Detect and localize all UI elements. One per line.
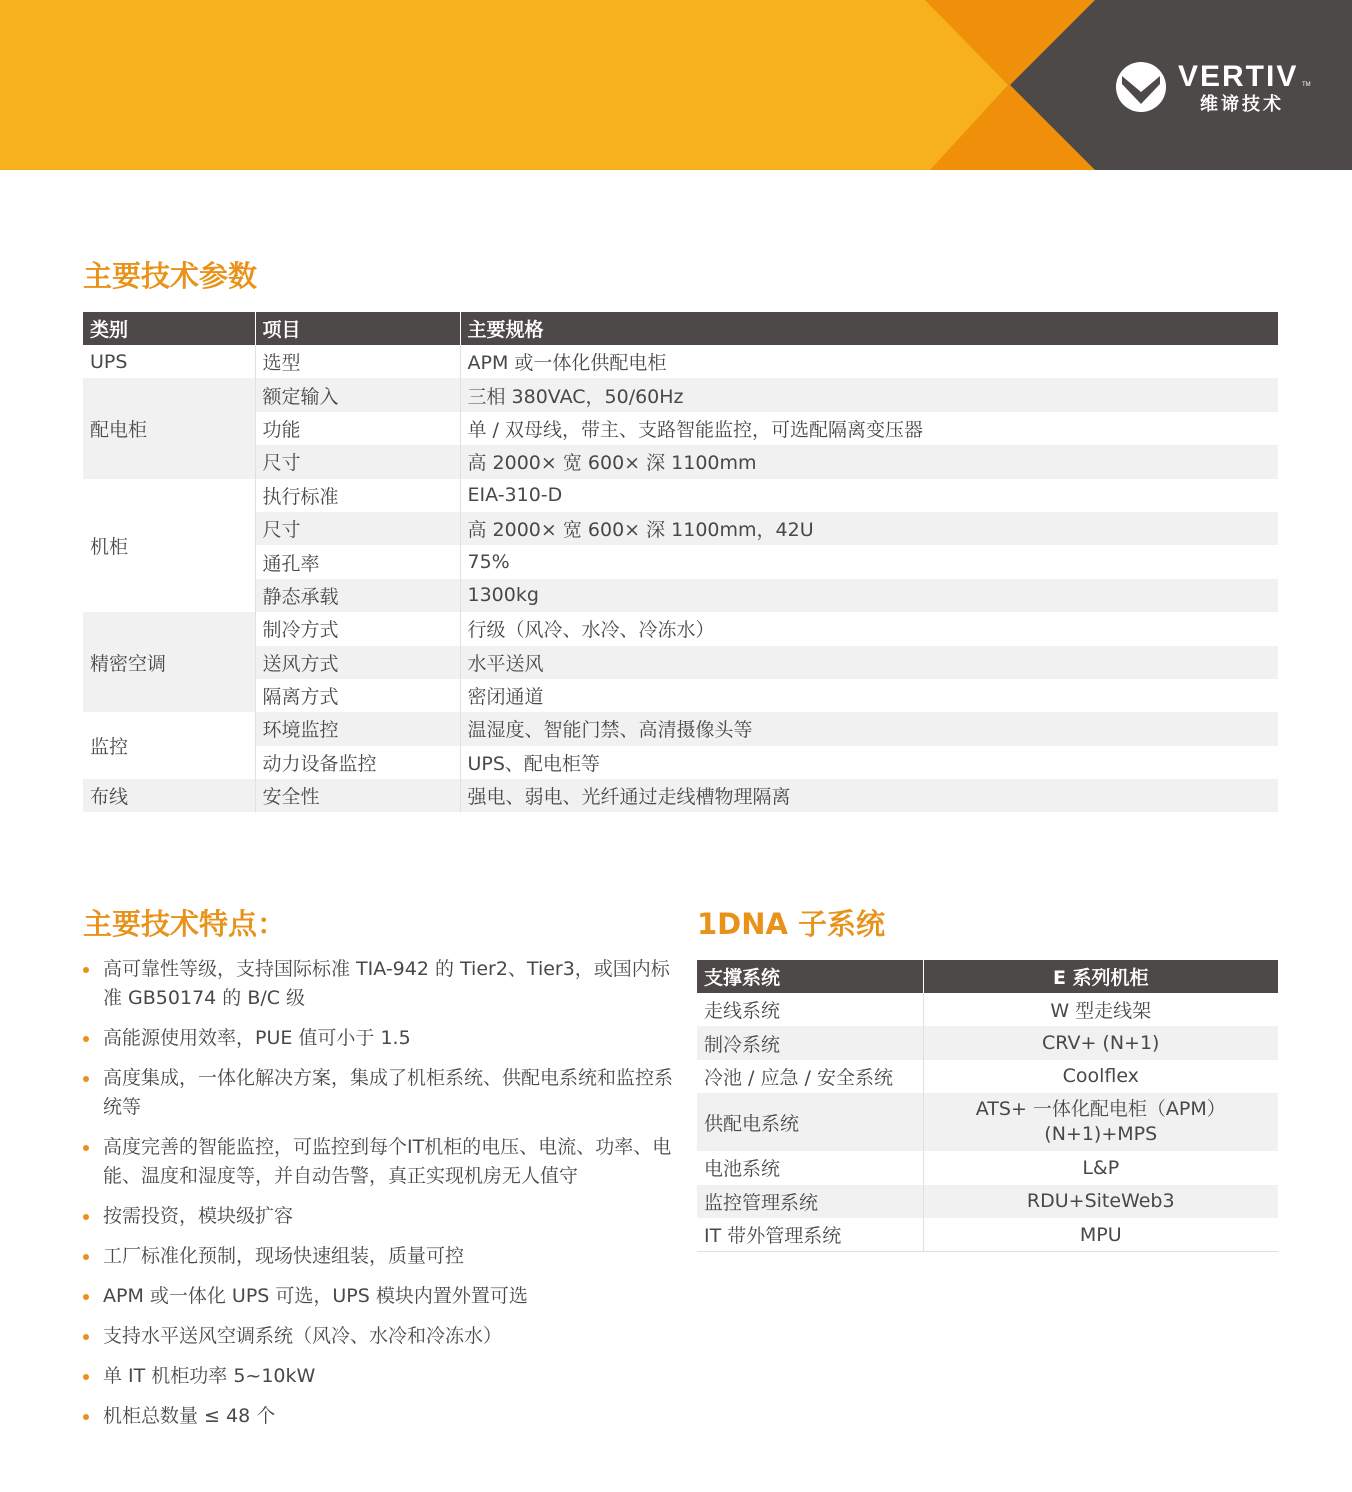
item-cell: 安全性 [255,779,460,812]
table-row: UPS 选型 APM 或一体化供配电柜 [83,345,1278,378]
column-header-item: 项目 [255,312,460,345]
feature-text: 支持水平送风空调系统（风冷、水冷和冷冻水） [103,1325,502,1347]
table-row: 静态承载 1300kg [83,579,1278,612]
orange-dot-icon [83,1254,89,1260]
item-cell: 静态承载 [255,579,460,612]
list-item: 工厂标准化预制，现场快速组装，质量可控 [83,1242,673,1271]
list-item: 高能源使用效率，PUE 值可小于 1.5 [83,1024,673,1053]
category-cell: UPS [83,345,255,378]
list-item: 高可靠性等级，支持国际标准 TIA-942 的 Tier2、Tier3，或国内标… [83,955,673,1013]
orange-dot-icon [83,1374,89,1380]
value-cell: RDU+SiteWeb3 [923,1185,1278,1218]
feature-text: 高度集成，一体化解决方案，集成了机柜系统、供配电系统和监控系统等 [103,1067,673,1118]
table-row: 制冷系统 CRV+ (N+1) [697,1026,1278,1059]
system-cell: 冷池 / 应急 / 安全系统 [697,1060,923,1093]
table-row: 监控管理系统 RDU+SiteWeb3 [697,1185,1278,1218]
table-row: 功能 单 / 双母线，带主、支路智能监控，可选配隔离变压器 [83,412,1278,445]
item-cell: 功能 [255,412,460,445]
orange-dot-icon [83,1294,89,1300]
table-row: 监控 环境监控 温湿度、智能门禁、高清摄像头等 [83,712,1278,745]
feature-text: APM 或一体化 UPS 可选，UPS 模块内置外置可选 [103,1285,528,1307]
vertiv-logo: VERTIV TM 维谛技术 [1116,62,1316,122]
value-line-2: (N+1)+MPS [931,1122,1272,1147]
spec-cell: 75% [460,545,1278,578]
spec-table-header: 类别 项目 主要规格 [83,312,1278,345]
table-row: IT 带外管理系统 MPU [697,1218,1278,1252]
system-cell: 监控管理系统 [697,1185,923,1218]
category-cell: 精密空调 [83,612,255,712]
feature-text: 高度完善的智能监控，可监控到每个IT机柜的电压、电流、功率、电能、温度和湿度等，… [103,1136,671,1187]
orange-dot-icon [83,1334,89,1340]
spec-cell: 1300kg [460,579,1278,612]
system-cell: 走线系统 [697,993,923,1026]
list-item: 高度集成，一体化解决方案，集成了机柜系统、供配电系统和监控系统等 [83,1064,673,1122]
item-cell: 制冷方式 [255,612,460,645]
header-banner: VERTIV TM 维谛技术 [0,0,1352,170]
list-item: 按需投资，模块级扩容 [83,1202,673,1231]
category-cell: 布线 [83,779,255,812]
subsystem-table: 支撑系统 E 系列机柜 走线系统 W 型走线架 制冷系统 CRV+ (N+1) … [697,960,1278,1252]
list-item: 支持水平送风空调系统（风冷、水冷和冷冻水） [83,1322,673,1351]
item-cell: 尺寸 [255,445,460,478]
column-header-category: 类别 [83,312,255,345]
table-row: 供配电系统 ATS+ 一体化配电柜（APM） (N+1)+MPS [697,1093,1278,1151]
spec-cell: APM 或一体化供配电柜 [460,345,1278,378]
value-line-1: ATS+ 一体化配电柜（APM） [931,1097,1272,1122]
category-cell: 配电柜 [83,378,255,478]
table-row: 尺寸 高 2000× 宽 600× 深 1100mm [83,445,1278,478]
category-cell: 机柜 [83,479,255,613]
orange-dot-icon [83,1214,89,1220]
value-cell: L&P [923,1151,1278,1184]
column-header-spec: 主要规格 [460,312,1278,345]
system-cell: 制冷系统 [697,1026,923,1059]
spec-cell: 高 2000× 宽 600× 深 1100mm [460,445,1278,478]
features-section-title: 主要技术特点： [83,906,286,942]
orange-dot-icon [83,967,89,973]
system-cell: IT 带外管理系统 [697,1218,923,1252]
table-row: 冷池 / 应急 / 安全系统 Coolflex [697,1060,1278,1093]
list-item: 机柜总数量 ≤ 48 个 [83,1402,673,1431]
category-cell: 监控 [83,712,255,779]
item-cell: 动力设备监控 [255,746,460,779]
item-cell: 额定输入 [255,378,460,411]
spec-table: 类别 项目 主要规格 UPS 选型 APM 或一体化供配电柜 配电柜 额定输入 … [83,312,1278,812]
spec-cell: 三相 380VAC，50/60Hz [460,378,1278,411]
item-cell: 尺寸 [255,512,460,545]
list-item: 单 IT 机柜功率 5~10kW [83,1362,673,1391]
vertiv-logo-icon [1116,62,1166,112]
table-row: 通孔率 75% [83,545,1278,578]
orange-dot-icon [83,1145,89,1151]
column-header-support-system: 支撑系统 [697,960,923,993]
spec-cell: 密闭通道 [460,679,1278,712]
orange-dot-icon [83,1414,89,1420]
list-item: APM 或一体化 UPS 可选，UPS 模块内置外置可选 [83,1282,673,1311]
table-row: 电池系统 L&P [697,1151,1278,1184]
column-header-e-series: E 系列机柜 [923,960,1278,993]
table-row: 精密空调 制冷方式 行级（风冷、水冷、冷冻水） [83,612,1278,645]
feature-text: 机柜总数量 ≤ 48 个 [103,1405,275,1427]
value-cell: W 型走线架 [923,993,1278,1026]
feature-text: 高能源使用效率，PUE 值可小于 1.5 [103,1027,411,1049]
item-cell: 送风方式 [255,646,460,679]
spec-cell: 行级（风冷、水冷、冷冻水） [460,612,1278,645]
table-row: 配电柜 额定输入 三相 380VAC，50/60Hz [83,378,1278,411]
item-cell: 隔离方式 [255,679,460,712]
spec-cell: EIA-310-D [460,479,1278,512]
item-cell: 执行标准 [255,479,460,512]
item-cell: 选型 [255,345,460,378]
list-item: 高度完善的智能监控，可监控到每个IT机柜的电压、电流、功率、电能、温度和湿度等，… [83,1133,673,1191]
subsystem-section-title: 1DNA 子系统 [697,906,885,942]
feature-text: 单 IT 机柜功率 5~10kW [103,1365,315,1387]
system-cell: 供配电系统 [697,1093,923,1151]
value-cell: ATS+ 一体化配电柜（APM） (N+1)+MPS [923,1093,1278,1151]
value-cell: MPU [923,1218,1278,1252]
logo-chinese-name: 维谛技术 [1200,94,1284,116]
spec-cell: 水平送风 [460,646,1278,679]
table-row: 尺寸 高 2000× 宽 600× 深 1100mm，42U [83,512,1278,545]
table-row: 机柜 执行标准 EIA-310-D [83,479,1278,512]
spec-cell: 温湿度、智能门禁、高清摄像头等 [460,712,1278,745]
logo-trademark: TM [1302,82,1311,88]
table-row: 送风方式 水平送风 [83,646,1278,679]
table-row: 动力设备监控 UPS、配电柜等 [83,746,1278,779]
system-cell: 电池系统 [697,1151,923,1184]
spec-cell: 单 / 双母线，带主、支路智能监控，可选配隔离变压器 [460,412,1278,445]
subsystem-table-header: 支撑系统 E 系列机柜 [697,960,1278,993]
table-row: 隔离方式 密闭通道 [83,679,1278,712]
spec-cell: 强电、弱电、光纤通过走线槽物理隔离 [460,779,1278,812]
item-cell: 通孔率 [255,545,460,578]
table-row: 走线系统 W 型走线架 [697,993,1278,1026]
value-cell: Coolflex [923,1060,1278,1093]
logo-wordmark: VERTIV [1178,60,1298,94]
spec-cell: UPS、配电柜等 [460,746,1278,779]
orange-dot-icon [83,1076,89,1082]
table-row: 布线 安全性 强电、弱电、光纤通过走线槽物理隔离 [83,779,1278,812]
item-cell: 环境监控 [255,712,460,745]
feature-text: 工厂标准化预制，现场快速组装，质量可控 [103,1245,464,1267]
spec-section-title: 主要技术参数 [83,258,257,294]
feature-text: 高可靠性等级，支持国际标准 TIA-942 的 Tier2、Tier3，或国内标… [103,958,670,1009]
features-list: 高可靠性等级，支持国际标准 TIA-942 的 Tier2、Tier3，或国内标… [83,955,673,1442]
value-cell: CRV+ (N+1) [923,1026,1278,1059]
spec-cell: 高 2000× 宽 600× 深 1100mm，42U [460,512,1278,545]
orange-dot-icon [83,1036,89,1042]
feature-text: 按需投资，模块级扩容 [103,1205,293,1227]
